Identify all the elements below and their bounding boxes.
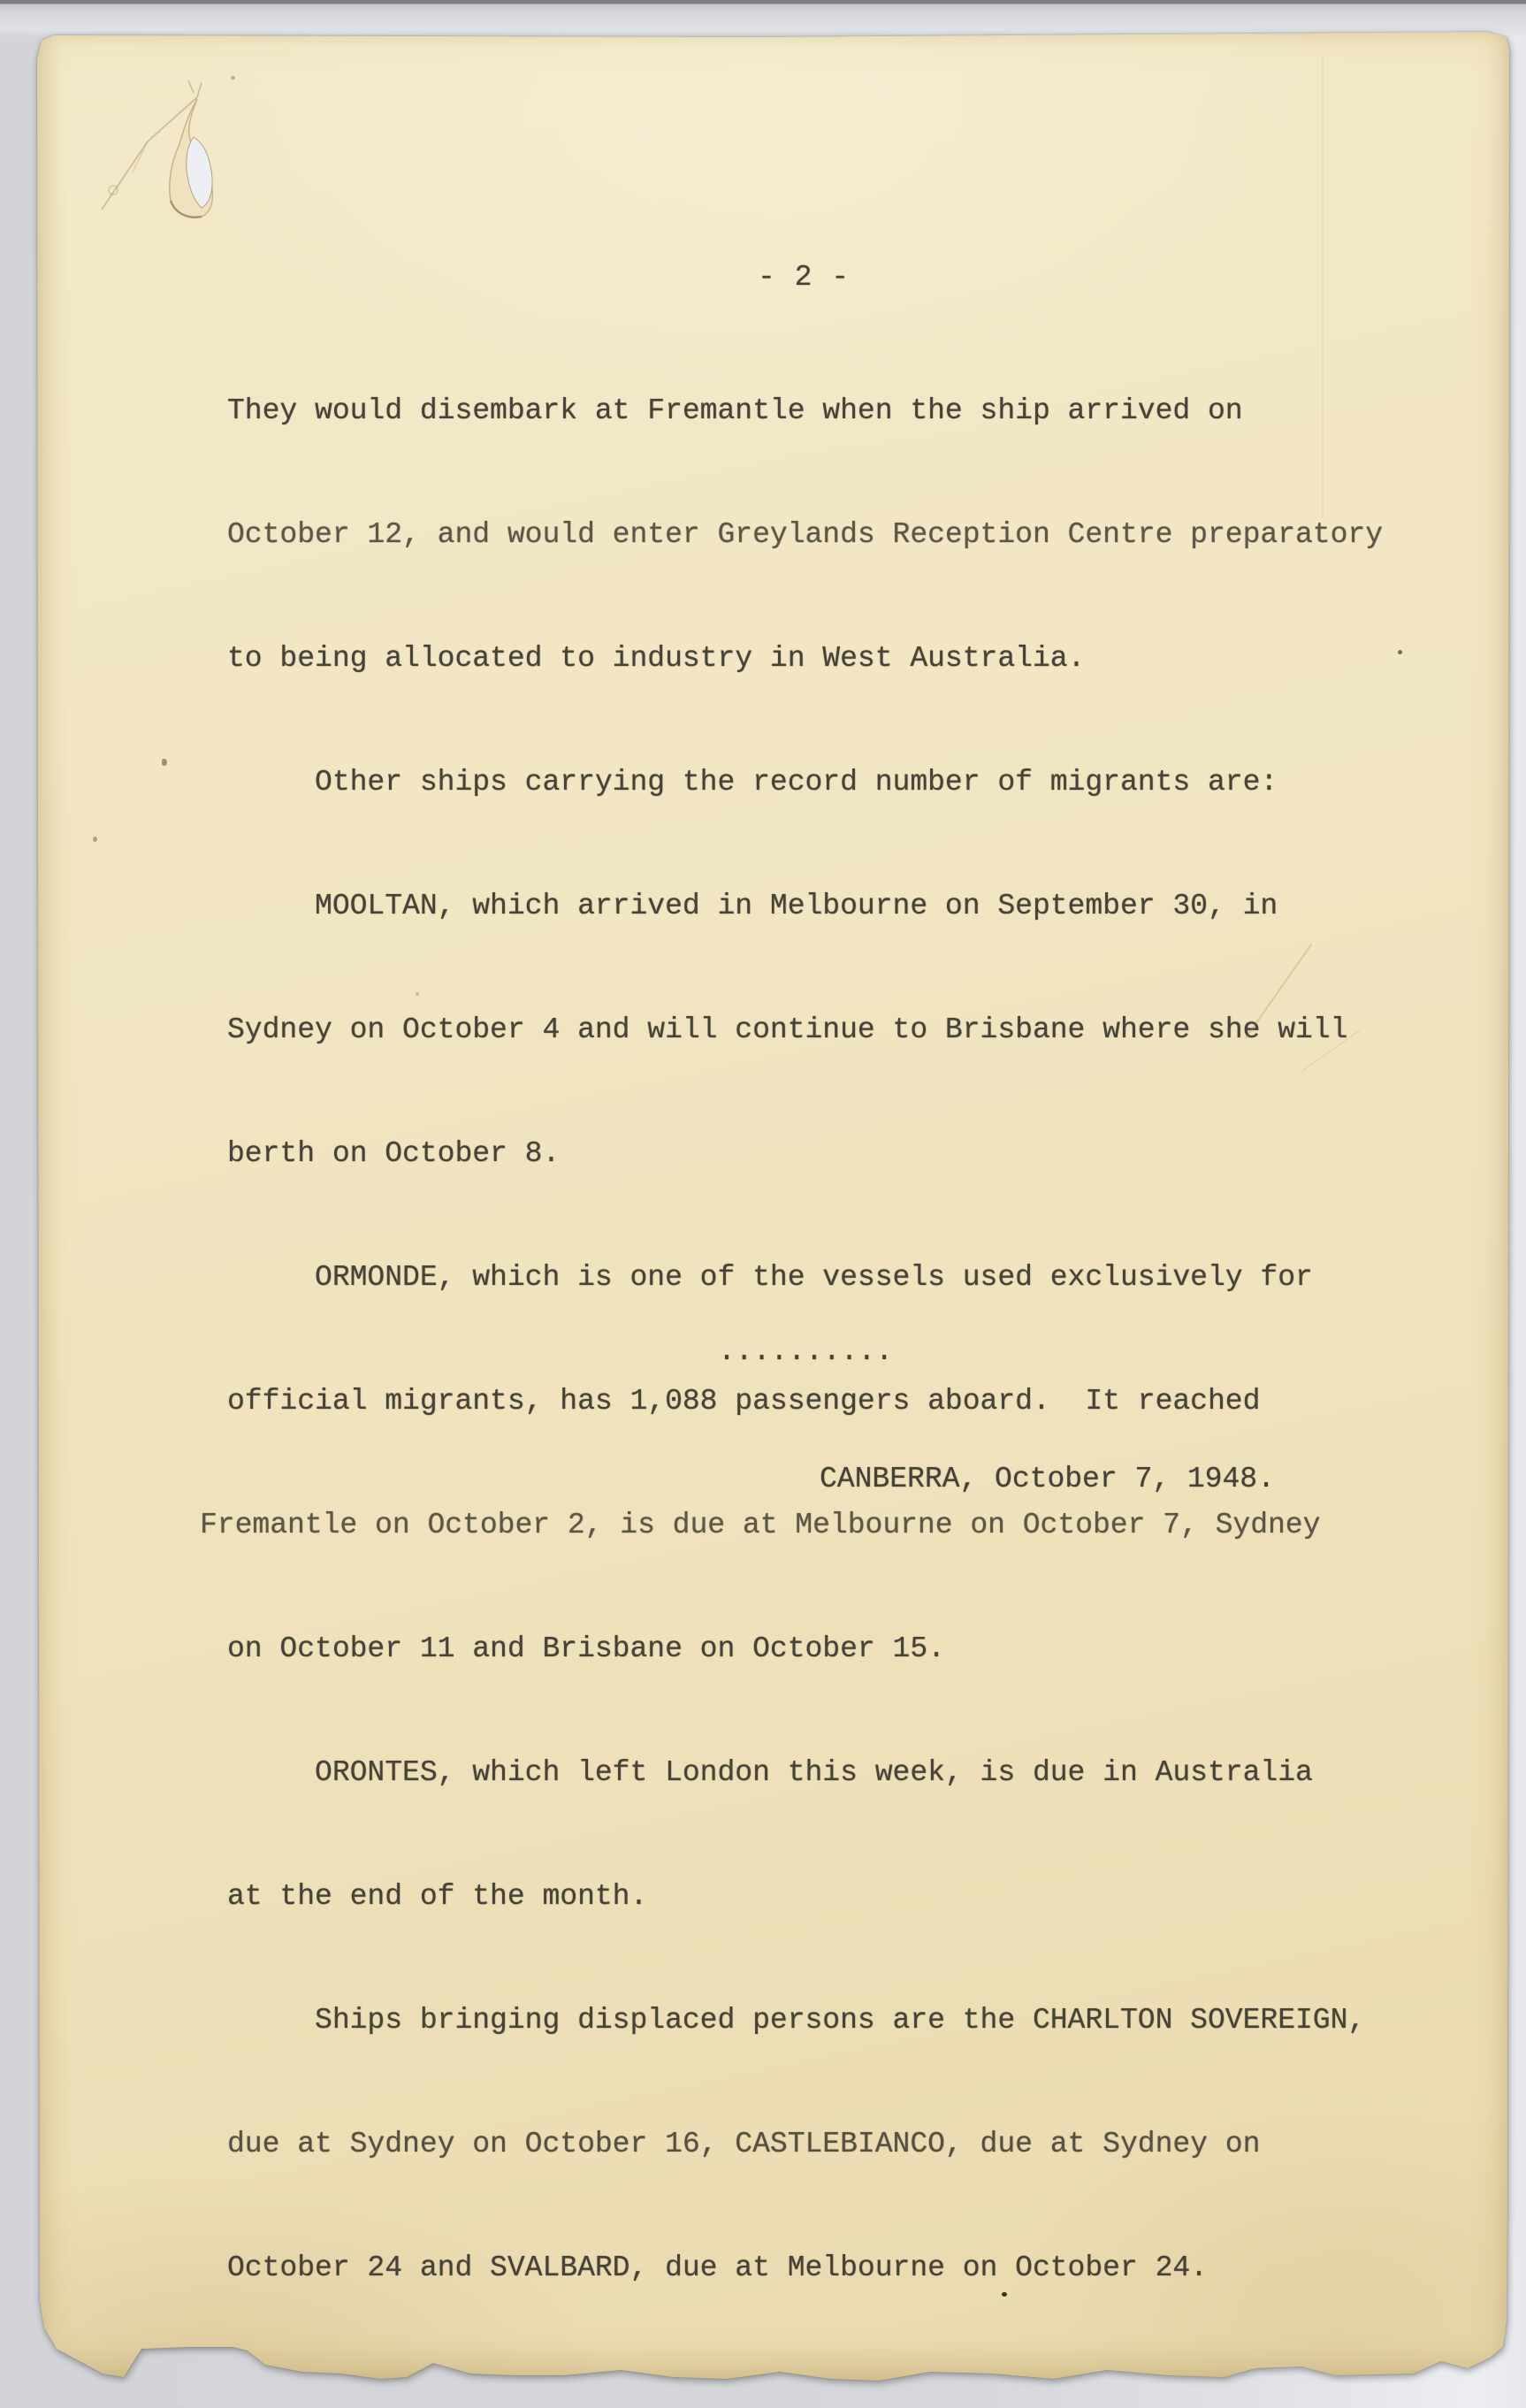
body-line: Fremantle on October 2, is due at Melbou… [200,1496,1383,1555]
page-number: - 2 - [758,258,850,297]
ink-speck [1398,650,1402,654]
body-line: Sydney on October 4 and will continue to… [227,1001,1383,1059]
section-separator-dots: .......... [718,1333,893,1372]
body-line: official migrants, has 1,088 passengers … [227,1372,1383,1431]
scanner-background: - 2 - They would disembark at Fremantle … [0,0,1526,2408]
body-line: ORONTES, which left London this week, is… [227,1744,1383,1802]
ink-speck [416,992,419,996]
ink-speck [1002,2292,1007,2297]
body-line: ORMONDE, which is one of the vessels use… [227,1249,1383,1307]
torn-paper-mark [84,49,270,243]
ink-speck [93,837,97,842]
paper-shadow-wrapper: - 2 - They would disembark at Fremantle … [0,0,1526,2408]
body-line: due at Sydney on October 16, CASTLEBIANC… [227,2115,1383,2174]
body-line: Ships bringing displaced persons are the… [227,1991,1383,2050]
ink-speck [162,759,167,766]
dateline: CANBERRA, October 7, 1948. [820,1460,1275,1499]
paper-crease [1322,58,1324,518]
body-line: October 12, and would enter Greylands Re… [227,506,1383,564]
ink-speck [231,76,235,80]
body-line: at the end of the month. [227,1868,1383,1926]
body-line: They would disembark at Fremantle when t… [227,382,1383,440]
document-page: - 2 - They would disembark at Fremantle … [37,32,1509,2381]
body-line: Other ships carrying the record number o… [227,753,1383,812]
body-line: to being allocated to industry in West A… [227,630,1383,688]
body-line: October 24 and SVALBARD, due at Melbourn… [227,2239,1383,2297]
body-line: berth on October 8. [227,1125,1383,1183]
body-line: on October 11 and Brisbane on October 15… [227,1620,1383,1678]
body-line: MOOLTAN, which arrived in Melbourne on S… [227,877,1383,936]
